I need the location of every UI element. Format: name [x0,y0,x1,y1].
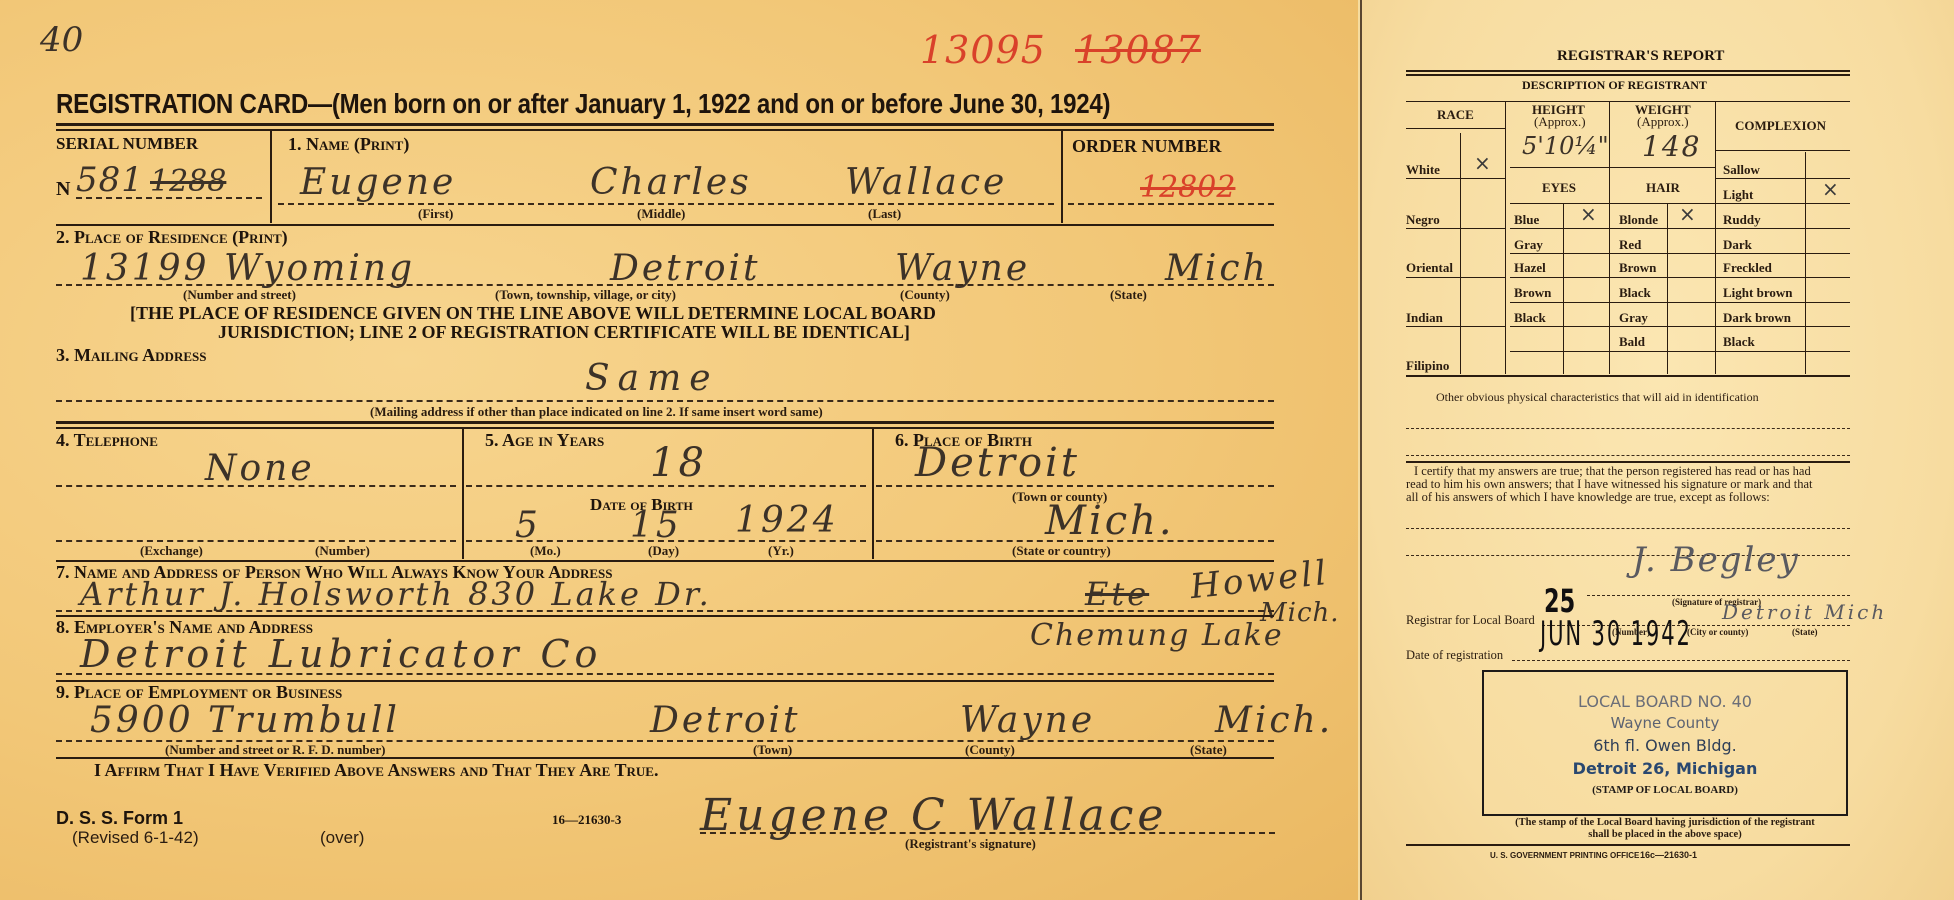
hair-red: Red [1619,237,1641,253]
contact-value: Arthur J. Holsworth 830 Lake Dr. [80,575,712,613]
residence-sub-street: (Number and street) [183,287,296,303]
name-last: Wallace [845,162,1007,203]
printing-code: 16c—21630-1 [1640,850,1697,860]
residence-sub-town: (Town, township, village, or city) [495,287,676,303]
dob-dashline [466,540,866,542]
employment-sub-state: (State) [1190,742,1227,758]
signature-sub: (Registrant's signature) [905,836,1036,852]
date-stamp: JUN 30 1942 [1540,614,1692,654]
birthplace-state: Mich. [1045,498,1175,544]
birthplace-dashline-2 [876,540,1274,542]
rule-before-phone [56,421,1274,424]
rule-after-name [56,224,1274,226]
header-hair: HAIR [1646,180,1680,196]
order-dashline [1068,203,1274,205]
title-rule-2 [56,129,1274,131]
over-note: (over) [320,828,364,848]
serial-divider [270,131,272,223]
other-dashline-1 [1406,428,1850,429]
order-number-crossed: 12802 [1140,170,1235,205]
other-characteristics: Other obvious physical characteristics t… [1436,390,1759,405]
red-number-crossed: 13087 [1075,28,1201,72]
name-sub-first: (First) [418,206,453,222]
stamp-line-city: Detroit 26, Michigan [1484,759,1846,778]
row-rule-e [1510,326,1850,327]
name-dashline [278,203,1054,205]
certify-line3: all of his answers of which I have knowl… [1406,490,1770,505]
employment-sub-town: (Town) [753,742,792,758]
report-rule-2 [1406,74,1850,76]
telephone-label: 4. Telephone [56,430,158,451]
serial-dashline [76,197,262,199]
race-row-rule-4 [1406,326,1506,327]
name-first: Eugene [300,162,456,203]
registration-card-front: 40 13095 13087 REGISTRATION CARD—(Men bo… [0,0,1358,900]
race-row-rule-2 [1406,228,1506,229]
birthplace-dashline-1 [876,485,1274,487]
eyes-hazel: Hazel [1514,260,1546,276]
age-birth-divider [872,429,874,559]
form-id: D. S. S. Form 1 [56,808,183,829]
eyes-blue: Blue [1514,212,1539,228]
name-middle: Charles [590,162,752,203]
age-label: 5. Age in Years [485,430,604,451]
printing-office: U. S. GOVERNMENT PRINTING OFFICE [1490,851,1639,860]
residence-notice-line2: JURISDICTION; LINE 2 OF REGISTRATION CER… [218,322,910,343]
card-title: REGISTRATION CARD—(Men born on or after … [56,88,1110,120]
eyes-brown: Brown [1514,285,1551,301]
red-number-current: 13095 [920,28,1046,72]
stamp-note-line1: (The stamp of the Local Board having jur… [1482,817,1848,828]
col-weight-end [1715,102,1716,374]
race-header-rule [1406,128,1506,129]
complexion-dark: Dark [1723,237,1752,253]
mailing-sub: (Mailing address if other than place ind… [370,404,823,420]
description-subtitle: DESCRIPTION OF REGISTRANT [1522,78,1707,93]
local-board-stamp-box: LOCAL BOARD NO. 40 Wayne County 6th fl. … [1482,670,1848,816]
corner-note: 40 [40,20,83,60]
complexion-sallow: Sallow [1723,162,1760,178]
employment-sub-county: (County) [965,742,1015,758]
dob-year: 1924 [735,500,839,541]
col-complexion-mark [1805,152,1806,374]
hair-bald: Bald [1619,334,1645,350]
race-indian: Indian [1406,310,1443,326]
registrar-signature: J. Begley [1632,540,1800,580]
mailing-value: Same [585,358,719,399]
employment-town: Detroit [650,700,801,741]
row-rule-b [1510,253,1850,254]
report-title: REGISTRAR'S REPORT [1557,48,1724,65]
registrar-signature-dashline [1587,595,1850,596]
weight-value: 148 [1642,130,1701,163]
row-rule-c [1510,277,1850,278]
stamp-line-building: 6th fl. Owen Bldg. [1484,736,1846,755]
serial-label: SERIAL NUMBER [56,134,198,154]
employment-county: Wayne [960,700,1095,741]
eyes-black: Black [1514,310,1546,326]
dob-sub-yr: (Yr.) [768,543,794,559]
rule-before-phone-2 [56,427,1274,429]
stamp-caption: (STAMP OF LOCAL BOARD) [1484,784,1846,796]
residence-county: Wayne [895,248,1030,289]
complexion-row-rule-1 [1716,178,1850,179]
date-dashline [1512,660,1850,661]
dob-sub-day: (Day) [648,543,679,559]
complexion-light-brown: Light brown [1723,285,1792,301]
complexion-ruddy: Ruddy [1723,212,1761,228]
order-number-label: ORDER NUMBER [1072,136,1222,157]
residence-label: 2. Place of Residence (Print) [56,227,288,248]
height-weight-rule [1510,167,1715,168]
form-revised: (Revised 6-1-42) [72,828,199,848]
race-row-rule-1 [1406,178,1506,179]
employer-dashline [56,673,1274,675]
affirm-statement: I Affirm That I Have Verified Above Answ… [94,760,658,781]
dob-sub-mo: (Mo.) [530,543,561,559]
col-height-end [1609,102,1610,374]
race-row-rule-3 [1406,277,1506,278]
serial-value: 581 [76,160,144,200]
header-eyes: EYES [1542,180,1576,196]
height-value: 5'10¼" [1522,132,1609,160]
col-hair-mark [1667,204,1668,374]
row-rule-f [1510,351,1850,352]
complexion-light: Light [1723,187,1753,203]
telephone-value: None [205,448,315,489]
row-rule-a [1510,228,1850,229]
residence-state: Mich [1165,248,1269,289]
title-rule [56,123,1274,126]
other-dashline-2 [1406,455,1850,456]
complexion-black: Black [1723,334,1755,350]
name-label: 1. Name (Print) [288,134,409,155]
stamp-note-line2: shall be placed in the above space) [1482,829,1848,840]
telephone-sub-exchange: (Exchange) [140,543,203,559]
print-code: 16—21630-3 [552,812,621,828]
registrars-report-card: REGISTRAR'S REPORT DESCRIPTION OF REGIST… [1360,0,1954,900]
footer-rule [1406,844,1850,846]
employment-sub-street: (Number and street or R. F. D. number) [165,742,386,758]
hair-brown: Brown [1619,260,1656,276]
contact-dashline [56,610,1274,612]
table-top-rule [1406,101,1850,102]
date-of-registration-label: Date of registration [1406,648,1503,663]
mailing-dashline [56,400,1274,402]
telephone-dashline-2 [56,540,456,542]
report-rule-1 [1406,70,1850,72]
race-negro: Negro [1406,212,1440,228]
residence-sub-county: (County) [900,287,950,303]
row-rule-d [1510,302,1850,303]
complexion-row-rule-2 [1716,203,1850,204]
employer-value: Detroit Lubricator Co [80,632,602,676]
birthplace-town: Detroit [915,440,1080,486]
header-height-sub: (Approx.) [1534,114,1586,130]
stamp-line-county: Wayne County [1484,714,1846,732]
serial-crossed-value: 1288 [150,164,226,199]
telephone-sub-number: (Number) [315,543,370,559]
employment-state: Mich. [1215,700,1333,741]
header-complexion: COMPLEXION [1735,118,1826,134]
sub-city: (City or county) [1687,627,1748,637]
race-oriental: Oriental [1406,260,1453,276]
col-race-mark [1460,133,1461,374]
col-eyes-mark [1563,204,1564,374]
complexion-dark-brown: Dark brown [1723,310,1791,326]
table-bottom-rule [1406,375,1850,377]
residence-town: Detroit [610,248,761,289]
hair-black: Black [1619,285,1651,301]
col-race-end [1505,102,1506,374]
telephone-dashline-1 [56,485,456,487]
residence-street: 13199 Wyoming [80,248,415,289]
complexion-header-rule [1716,150,1850,151]
registrar-for-label: Registrar for Local Board [1406,613,1535,628]
sub-state: (State) [1792,627,1818,637]
contact-extra: Chemung Lake [1030,618,1284,653]
registrar-location: Detroit Mich [1722,600,1887,624]
header-race: RACE [1437,107,1474,123]
complexion-light-mark: × [1822,177,1839,201]
race-white: White [1406,162,1440,178]
serial-prefix: N [56,178,70,201]
age-value: 18 [650,440,707,486]
order-divider [1061,131,1063,223]
header-weight-sub: (Approx.) [1637,114,1689,130]
signature-dashline [700,832,1275,834]
residence-notice-line1: [THE PLACE OF RESIDENCE GIVEN ON THE LIN… [130,303,936,324]
name-sub-middle: (Middle) [637,206,685,222]
stamp-line-board: LOCAL BOARD NO. 40 [1484,692,1846,711]
residence-dashline [56,284,1274,286]
complexion-freckled: Freckled [1723,260,1772,276]
age-dashline [466,485,866,487]
race-filipino: Filipino [1406,358,1449,374]
phone-age-divider [462,429,464,559]
certify-dashline-1 [1406,528,1850,529]
eyes-blue-mark: × [1580,202,1597,226]
birthplace-sub-state: (State or country) [1012,543,1111,559]
residence-sub-state: (State) [1110,287,1147,303]
mailing-label: 3. Mailing Address [56,345,206,366]
hair-blonde: Blonde [1619,212,1658,228]
contact-crossed: Ete [1085,575,1149,613]
rule-after-employment [56,757,1274,759]
eyes-gray: Gray [1514,237,1543,253]
hair-gray: Gray [1619,310,1648,326]
employment-street: 5900 Trumbull [90,700,400,741]
hair-blonde-mark: × [1679,202,1696,226]
race-white-mark: × [1474,151,1491,175]
certify-rule [1406,461,1850,463]
name-sub-last: (Last) [868,206,901,222]
